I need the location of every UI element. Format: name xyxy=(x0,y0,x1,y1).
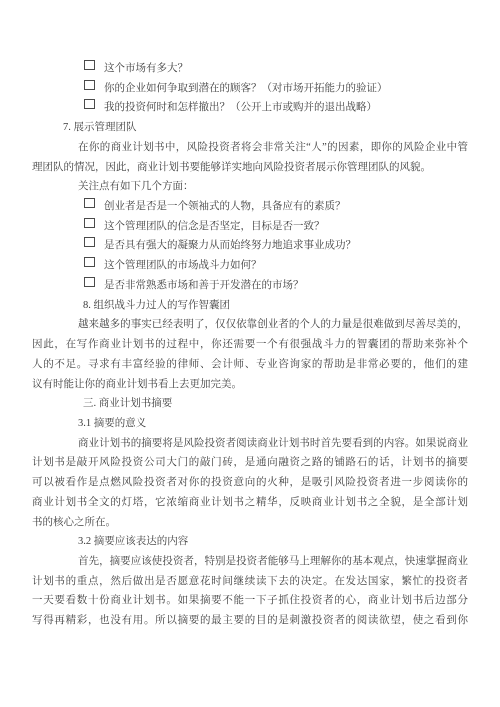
checklist-item-text: 这个管理团队的市场战斗力如何？ xyxy=(104,260,262,271)
checklist-item: 这个管理团队的市场战斗力如何？ xyxy=(32,256,468,276)
paragraph-line: 计划书的重点，然后做出是否愿意花时间继续读下去的决定。在发达国家，繁忙的投资者 xyxy=(32,572,468,592)
document-page: 这个市场有多大？ 你的企业如何争取到潜在的顾客？（对市场开拓能力的验证） 我的投… xyxy=(0,0,500,707)
checkbox-icon xyxy=(84,99,95,109)
section-heading: 三. 商业计划书摘要 xyxy=(32,394,468,414)
section-heading: 3.1 摘要的意义 xyxy=(32,414,468,434)
checklist-item: 你的企业如何争取到潜在的顾客？（对市场开拓能力的验证） xyxy=(32,79,468,99)
paragraph-line: 因此，在写作商业计划书的过程中，你还需要一个有很强战斗力的智囊团的帮助来弥补个 xyxy=(32,335,468,355)
checklist-item: 这个市场有多大？ xyxy=(32,59,468,79)
paragraph-line: 商业计划书全文的灯塔，它浓缩商业计划书之精华，反映商业计划书之全貌，是全部计划 xyxy=(32,493,468,513)
checkbox-icon xyxy=(84,80,95,90)
paragraph-line: 人的不足。寻求有丰富经验的律师、会计师、专业咨询家的帮助是非常必要的，他们的建 xyxy=(32,355,468,375)
checkbox-icon xyxy=(84,60,95,70)
paragraph-line: 首先，摘要应该使投资者，特别是投资者能够马上理解你的基本观点，快速掌握商业 xyxy=(32,552,468,572)
section-heading: 7. 展示管理团队 xyxy=(32,118,468,138)
checkbox-icon xyxy=(84,237,95,247)
paragraph-line: 写得再精彩，也没有用。所以摘要的最主要的目的是刺激投资者的阅读欲望，使之看到你 xyxy=(32,611,468,631)
paragraph-line: 可以被看作是点燃风险投资者对你的投资意向的火种，是吸引风险投资者进一步阅读你的 xyxy=(32,473,468,493)
checkbox-icon xyxy=(84,198,95,208)
paragraph-line: 计划书是敲开风险投资公司大门的敲门砖，是通向融资之路的铺路石的话，计划书的摘要 xyxy=(32,453,468,473)
checkbox-icon xyxy=(84,218,95,228)
paragraph-line: 在你的商业计划书中，风险投资者将会非常关注“人”的因素，即你的风险企业中管 xyxy=(32,138,468,158)
paragraph-line: 商业计划书的摘要将是风险投资者阅读商业计划书时首先要看到的内容。如果说商业 xyxy=(32,434,468,454)
checklist-item-text: 是否具有强大的凝聚力从而始终努力地追求事业成功？ xyxy=(104,240,356,251)
paragraph-line: 议有时能让你的商业计划书看上去更加完美。 xyxy=(32,375,468,395)
checklist-item: 是否具有强大的凝聚力从而始终努力地追求事业成功？ xyxy=(32,236,468,256)
section-heading: 8. 组织战斗力过人的写作智囊团 xyxy=(32,296,468,316)
paragraph-line: 书的核心之所在。 xyxy=(32,513,468,533)
paragraph-line: 越来越多的事实已经表明了，仅仅依靠创业者的个人的力量是很难做到尽善尽美的， xyxy=(32,315,468,335)
checklist-item-text: 我的投资何时和怎样撤出？（公开上市或购并的退出战略） xyxy=(104,102,377,113)
checkbox-icon xyxy=(84,257,95,267)
paragraph-line: 一天要看数十份商业计划书。如果摘要不能一下子抓住投资者的心，商业计划书后边部分 xyxy=(32,591,468,611)
checklist-item: 创业者是否是一个领袖式的人物，具备应有的素质？ xyxy=(32,197,468,217)
paragraph-line: 关注点有如下几个方面： xyxy=(32,177,468,197)
checkbox-icon xyxy=(84,277,95,287)
checklist-item-text: 是否非常熟悉市场和善于开发潜在的市场？ xyxy=(104,280,304,291)
checklist-item: 我的投资何时和怎样撤出？（公开上市或购并的退出战略） xyxy=(32,98,468,118)
checklist-item: 是否非常熟悉市场和善于开发潜在的市场？ xyxy=(32,276,468,296)
section-heading: 3.2 摘要应该表达的内容 xyxy=(32,532,468,552)
paragraph-line: 理团队的情况，因此，商业计划书要能够详实地向风险投资者展示你管理团队的风貌。 xyxy=(32,158,468,178)
checklist-item-text: 这个市场有多大？ xyxy=(104,63,188,74)
checklist-item: 这个管理团队的信念是否坚定，目标是否一致？ xyxy=(32,217,468,237)
checklist-item-text: 这个管理团队的信念是否坚定，目标是否一致？ xyxy=(104,221,325,232)
checklist-item-text: 创业者是否是一个领袖式的人物，具备应有的素质？ xyxy=(104,201,346,212)
checklist-item-text: 你的企业如何争取到潜在的顾客？（对市场开拓能力的验证） xyxy=(104,83,388,94)
